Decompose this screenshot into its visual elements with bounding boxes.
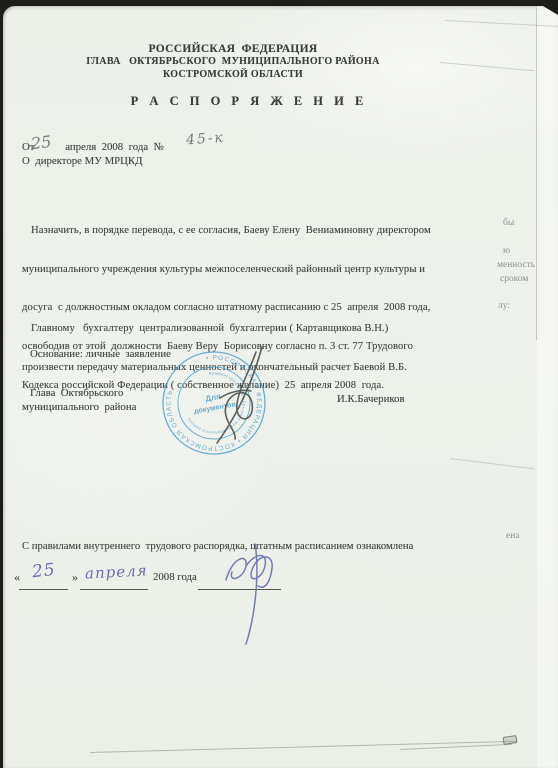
basis-line: Основание: личные заявление [30,348,171,360]
scanned-document: { "doc": { "header": { "line1": "РОССИЙС… [0,0,558,768]
scanner-corner-shadow [543,6,558,15]
paragraph-line: муниципального учреждения культуры межпо… [22,264,482,277]
header-region: КОСТРОМСКОЙ ОБЛАСТИ [0,69,466,80]
bleed-fragment: менность [497,260,535,270]
paragraph-line: Назначить, в порядке перевода, с ее согл… [22,225,482,238]
signatory-title-line1: Глава Октябрьского [30,387,123,399]
quote-close: » [72,570,78,585]
signatory-name: И.К.Бачериков [337,393,405,405]
bleed-fragment: ю [503,246,510,256]
bleed-fragment: бы [503,218,514,228]
handwritten-ack-day: 25 [31,560,57,582]
signature-head-of-district [196,344,282,450]
signatory-title-line2: муниципального района [22,401,136,413]
document-type-title: Р А С П О Р Я Ж Е Н И Е [0,94,498,109]
blank-underline [80,589,148,590]
ack-year-text: 2008 года [153,571,197,583]
handwritten-day: 25 [30,132,53,153]
bleed-fragment: ена [506,531,520,541]
subject-line: О директоре МУ МРЦКД [22,155,143,167]
page-edge-line [536,8,537,340]
bleed-fragment: лу: [498,301,510,311]
blank-underline [19,589,68,590]
bleed-fragment: сроком [500,274,528,284]
handwritten-ack-month: апреля [85,561,148,582]
handwritten-doc-number: 45-к [185,130,225,149]
header-country: РОССИЙСКАЯ ФЕДЕРАЦИЯ [0,43,466,55]
paragraph-line: Главному бухгалтеру централизованной бух… [22,323,482,336]
quote-open: « [14,570,20,585]
underlying-page-edge [537,6,558,768]
date-rest: апреля 2008 года № [63,141,164,153]
header-authority: ГЛАВА ОКТЯБРЬСКОГО МУНИЦИПАЛЬНОГО РАЙОНА [0,56,466,67]
signature-acknowledgement [214,538,294,650]
